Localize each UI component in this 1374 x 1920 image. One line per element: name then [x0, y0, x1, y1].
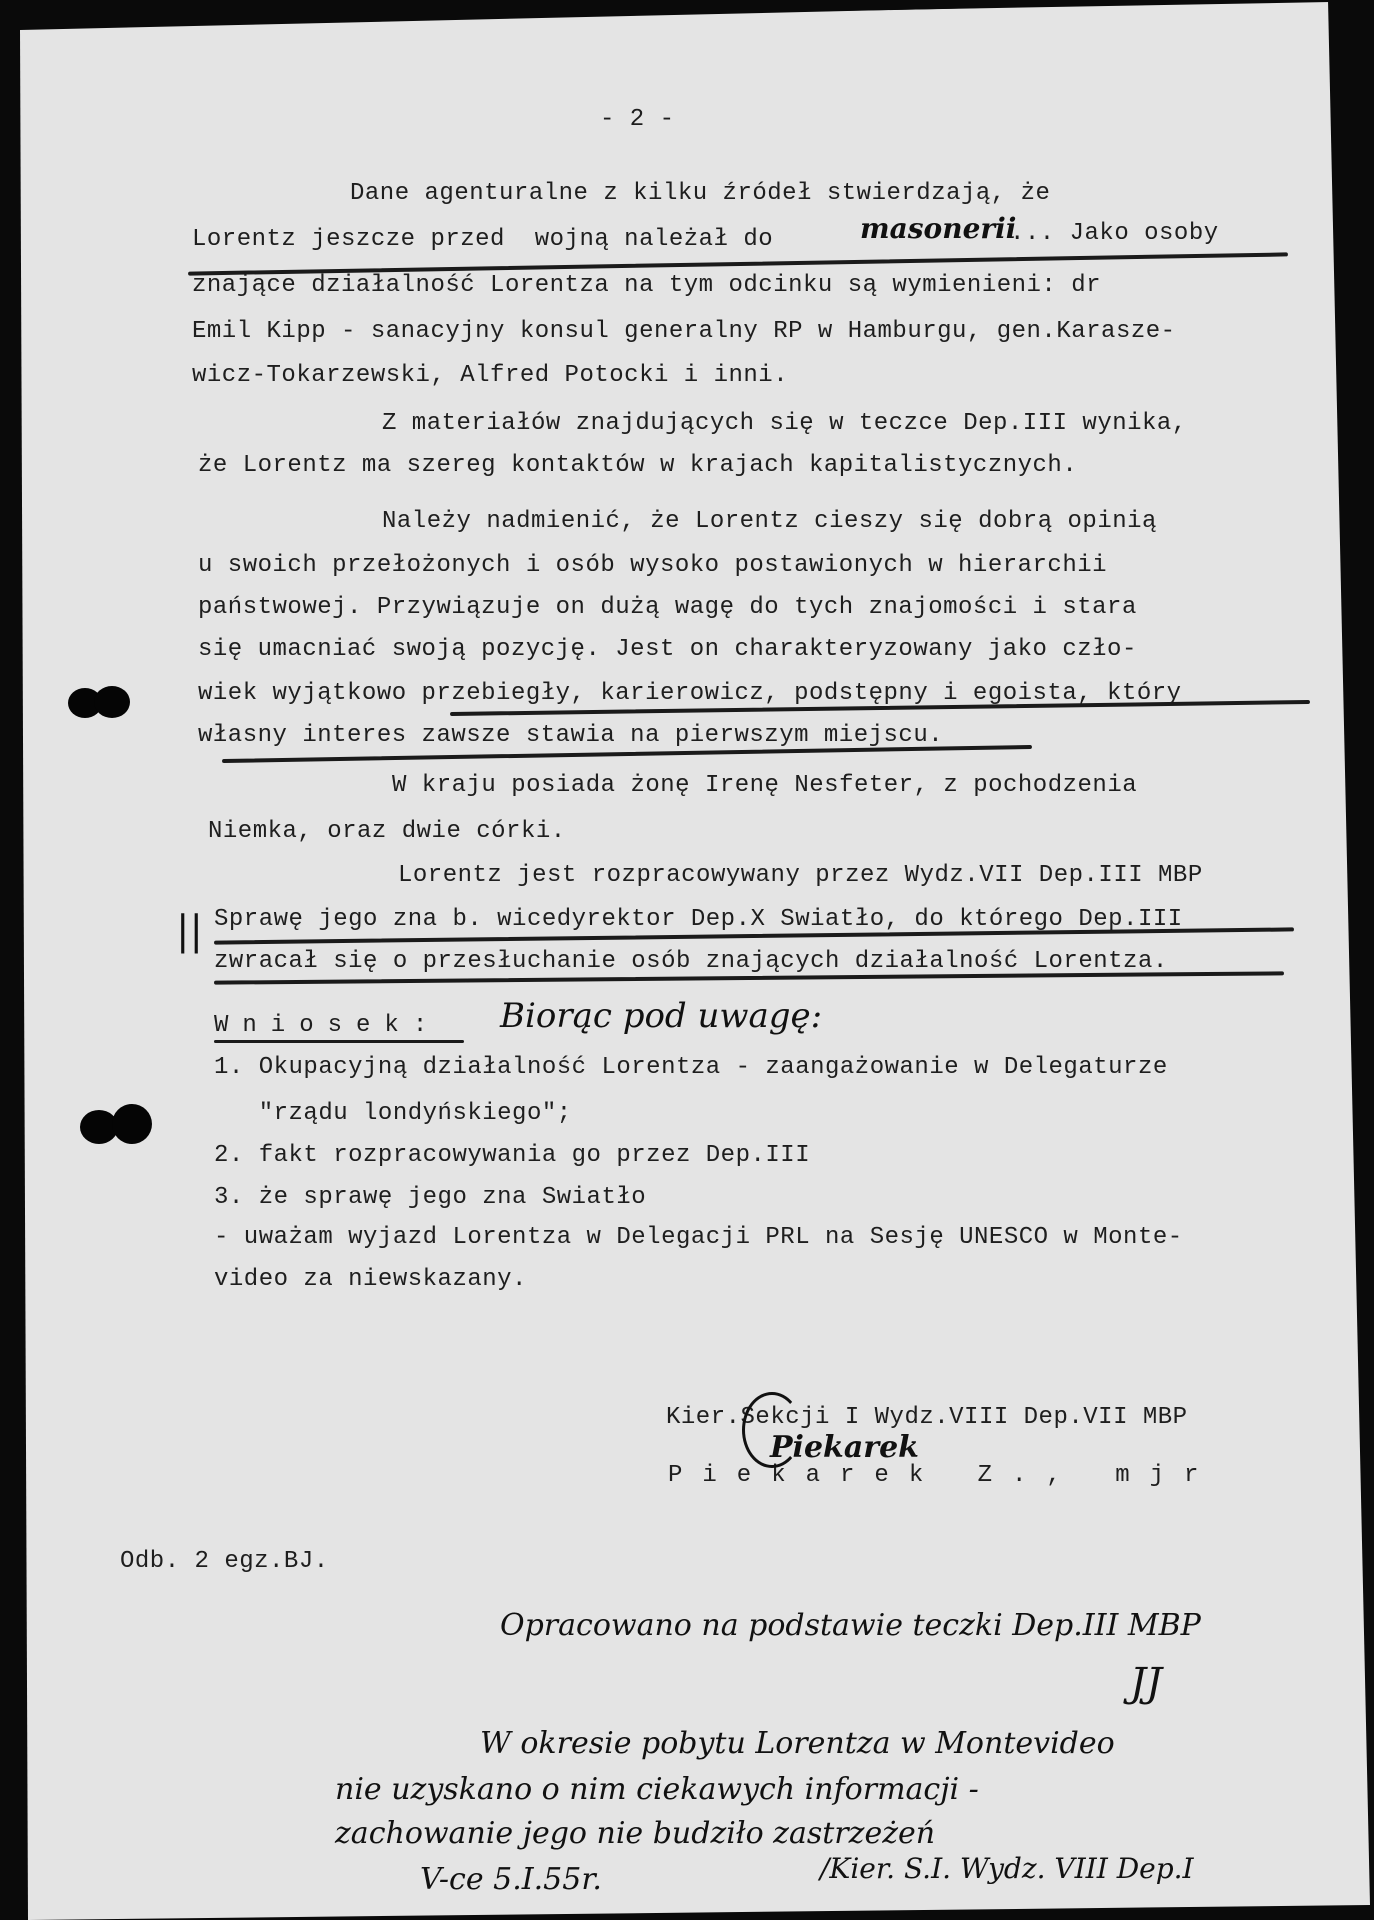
p3-line-2: u swoich przełożonych i osób wysoko post… [198, 552, 1107, 579]
handwritten-note-2-line-1: W okresie pobytu Lorentza w Montevideo [480, 1726, 1115, 1761]
p5-line-1: Lorentz jest rozpracowywany przez Wydz.V… [398, 862, 1203, 889]
underline [214, 1040, 464, 1043]
p3-line-3: państwowej. Przywiązuje on dużą wagę do … [198, 594, 1137, 621]
conclusion-statement-2: video za niewskazany. [214, 1266, 527, 1293]
conclusion-label: Wniosek: [214, 1012, 441, 1039]
p5-line-2: Sprawę jego zna b. wicedyrektor Dep.X Sw… [214, 906, 1183, 933]
punch-hole [112, 1104, 152, 1144]
handwritten-note-2-line-3: zachowanie jego nie budziło zastrzeżeń [335, 1816, 935, 1851]
page-number: - 2 - [600, 106, 675, 133]
p4-line-1: W kraju posiada żonę Irenę Nesfeter, z p… [392, 772, 1137, 799]
conclusion-statement-1: - uważam wyjazd Lorentza w Delegacji PRL… [214, 1224, 1183, 1251]
distribution-note: Odb. 2 egz.BJ. [120, 1548, 329, 1575]
conclusion-item-2: 2. fakt rozpracowywania go przez Dep.III [214, 1142, 810, 1169]
punch-hole [94, 686, 130, 718]
handwritten-intro: Biorąc pod uwagę: [500, 996, 822, 1036]
signature-name: Piekarek Z., mjr [668, 1462, 1218, 1489]
p2-line-1: Z materiałów znajdujących się w teczce D… [382, 410, 1187, 437]
handwritten-initials: JJ [1130, 1660, 1162, 1706]
conclusion-item-3: 3. że sprawę jego zna Swiatło [214, 1184, 646, 1211]
p1-line-2: Lorentz jeszcze przed wojną należał do [192, 226, 788, 253]
signature-scrawl: Piekarek [770, 1430, 919, 1465]
p1-line-5: wicz-Tokarzewski, Alfred Potocki i inni. [192, 362, 788, 389]
p1-line-4: Emil Kipp - sanacyjny konsul generalny R… [192, 318, 1176, 345]
handwritten-note-2-line-2: nie uzyskano o nim ciekawych informacji … [335, 1772, 979, 1807]
p5-line-3: zwracał się o przesłuchanie osób znający… [214, 948, 1168, 975]
p1-line-1: Dane agenturalne z kilku źródeł stwierdz… [350, 180, 1050, 207]
p3-line-6: własny interes zawsze stawia na pierwszy… [198, 722, 943, 749]
document-page: - 2 - Dane agenturalne z kilku źródeł st… [0, 0, 1374, 1920]
margin-mark: || [176, 908, 203, 954]
p1-line-3: znające działalność Lorentza na tym odci… [192, 272, 1101, 299]
p4-line-2: Niemka, oraz dwie córki. [208, 818, 566, 845]
handwritten-note-2-date: V-ce 5.I.55r. [420, 1862, 602, 1897]
p3-line-4: się umacniać swoją pozycję. Jest on char… [198, 636, 1137, 663]
p1-line-2-tail: ... Jako osoby [1010, 220, 1219, 247]
handwritten-insert: masonerii [860, 212, 1016, 245]
conclusion-item-1: 1. Okupacyjną działalność Lorentza - zaa… [214, 1054, 1168, 1081]
handwritten-note-1: Opracowano na podstawie teczki Dep.III M… [500, 1608, 1201, 1643]
p2-line-2: że Lorentz ma szereg kontaktów w krajach… [198, 452, 1077, 479]
p3-line-1: Należy nadmienić, że Lorentz cieszy się … [382, 508, 1157, 535]
conclusion-item-1-cont: "rządu londyńskiego"; [214, 1100, 572, 1127]
handwritten-note-2-sign: /Kier. S.I. Wydz. VIII Dep.I [820, 1852, 1194, 1885]
